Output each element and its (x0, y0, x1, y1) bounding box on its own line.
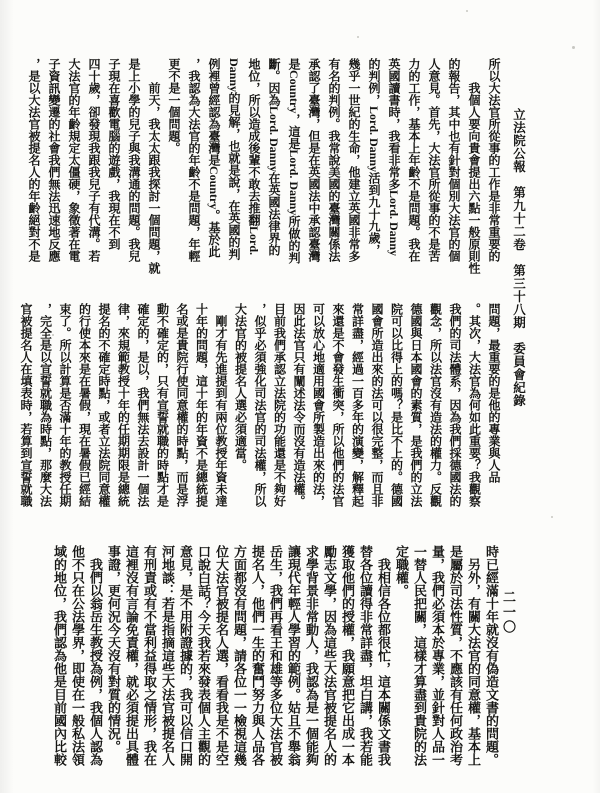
text-column: 常詳盡，經過一百多年的演變，解釋起 (352, 303, 364, 507)
text-column: 提名人，他們一生的奮鬥努力與人品各 (251, 545, 264, 766)
text-column: 律，來規範教授十年的任期期限是總統 (118, 303, 130, 507)
text-column: 的行使本來是在暑假，現在暑假已經結 (79, 303, 91, 507)
text-column: 一替人民把關，這樣才算盡到貴院的法 (413, 545, 426, 766)
text-column: 名或是貴院行使同意權的時點，而是浮 (176, 303, 188, 507)
text-column: 確定的，是以，我們無法去設計一個法 (137, 303, 149, 507)
text-column: 河地談：若是指摘這些大法官被提名人 (161, 545, 174, 766)
running-head: 立法院公報 第九十二卷 第三十八期 委員會紀錄 (512, 108, 525, 407)
text-column: 有名的判例。我常說美國的臺灣關係法 (328, 58, 340, 262)
text-column: 更不是一個問題。 (168, 58, 180, 154)
scan-speck (357, 36, 359, 38)
text-column: 替各位讀得非常詳盡，坦白講，我若能 (359, 545, 372, 766)
scan-speck (466, 10, 468, 12)
text-column: 時已經滿十年就沒有偽造文書的問題。 (485, 545, 498, 766)
text-column: 提名的不確定時點，或者立法院同意權 (98, 303, 110, 507)
text-column: 的報告，其中也有針對個別大法官的個 (448, 58, 460, 262)
text-column: 的判例，Lord. Danny活到九十九歲， (368, 58, 380, 256)
text-band-top: 所以大法官所從事的工作是非常重要的 我個人要向貴會提出六點一般原則性的報告，其中… (28, 58, 500, 270)
text-column: 英國讀書時，我看非常多Lord. Danny (388, 58, 400, 256)
text-column: 岳生，我們再看王和雄等多位大法官被 (269, 545, 282, 766)
text-column: 量，我們必須本於專業，並針對人品一 (431, 545, 444, 766)
text-column: 人意見。首先，大法官所從事的不是苦 (428, 58, 440, 262)
text-column: 我個人要向貴會提出六點一般原則性 (468, 58, 480, 274)
text-column: 所以大法官所從事的工作是非常重要的 (488, 58, 500, 262)
text-column: 德國與日本國會的素質，是我們的立法 (410, 303, 422, 507)
text-column: 是Country，這是Lord. Danny所做的判 (288, 58, 300, 263)
scan-speck (572, 46, 575, 49)
text-column: 域的地位，我們認為他是目前國內比較 (53, 545, 66, 766)
text-column: 是屬於司法性質，不應該有任何政治考 (449, 545, 462, 766)
scan-speck (52, 334, 54, 336)
text-column: 事證，更何況今天沒有對質的情況。 (107, 545, 120, 753)
text-column: 例裡曾經認為臺灣是Country。基於此 (208, 58, 220, 257)
page-number: 二一〇 (502, 590, 515, 635)
text-column: 我們的司法體系，因為我們採德國法的 (449, 303, 461, 507)
text-column: 意見，是不用附證據的，我可以信口開 (179, 545, 192, 766)
text-band-bottom: 時已經滿十年就沒有偽造文書的問題。 另外，有關大法官的同意權，基本上是屬於司法性… (53, 545, 498, 783)
text-column: 。其次，大法官為何如此重要？我觀察 (469, 303, 481, 507)
text-column: 觀念，所以法官沒有造法的權力。反觀 (430, 303, 442, 507)
text-column: 是上小學的兒子與我溝通的問題。我兒 (128, 58, 140, 262)
text-column: 勵志文學，因為這些大法官被提名人的 (323, 545, 336, 766)
gazette-page: 立法院公報 第九十二卷 第三十八期 委員會紀錄 二一〇 所以大法官所從事的工作是… (0, 0, 600, 793)
text-column: 方面都沒有問題，請各位一一檢視這幾 (233, 545, 246, 766)
text-column: ，是以大法官被提名人的年齡絕對不是 (28, 58, 40, 262)
text-column: 官被提名人在填表時，若算到宣誓就職 (20, 303, 32, 507)
text-column: 我們以翁岳生教授為例，我個人認為 (89, 545, 102, 766)
text-column: 讓現代年輕人學習的範例。姑且不舉翁 (287, 545, 300, 766)
text-column: 幾乎一世紀的生命，他建立英國非常多 (348, 58, 360, 262)
text-column: 求學背景非常動人，我認為是一個能夠 (305, 545, 318, 766)
text-column: 大法官的被提名人選必須適當。 (235, 303, 247, 471)
text-column: 來還是不會發生衝突，所以他們的法官 (332, 303, 344, 507)
text-column: 剛才有先進提到有兩位教授年資未達 (215, 303, 227, 507)
text-column: 承認了臺灣，但是在英國法中承認臺灣 (308, 58, 320, 262)
text-column: 動不確定的，只有宣誓就職的時點才是 (157, 303, 169, 507)
text-column: 這裡沒有言論免責權，就必須提出具體 (125, 545, 138, 766)
text-column: 子資訊變遷的社會我們無法迅速地反應 (48, 58, 60, 262)
text-column: 口說白話？今天我若來發表個人主觀的 (197, 545, 210, 766)
text-column: 大法官的年齡規定太僵硬，象徵著在電 (68, 58, 80, 262)
text-column: 力的工作，基本上年齡不是問題。我在 (408, 58, 420, 262)
text-column: ，我認為大法官的年齡不是問題，年輕 (188, 58, 200, 262)
text-column: 束了。所以計算是否滿十年的教授任期 (59, 303, 71, 507)
text-column: 可以放心地適用國會所製造出來的法， (313, 303, 325, 507)
text-column: 地位，所以造成後輩不敢去推翻Lord. (248, 58, 260, 255)
text-column: 目前我們承認立法院的功能還是不夠好 (274, 303, 286, 507)
text-column: 院可以比得上的嗎？是比不上的。德國 (391, 303, 403, 507)
text-column: 斷。因為Lord. Danny在英國法律界的 (268, 58, 280, 256)
text-column: Danny的見解，也就是說，在英國的判 (228, 58, 240, 260)
text-column: ，完全是以宣誓就職為時點，那麼大法 (40, 303, 52, 507)
text-column: 四十歲，卻發現我跟我兒子有代溝。若 (88, 58, 100, 262)
text-column: 前天，我太太跟我探討一個問題，就 (148, 58, 160, 274)
scan-speck (551, 516, 553, 518)
text-column: 國會所造出來的法可以很完整，而且非 (371, 303, 383, 507)
text-column: 他不只在公法學界，即使在一般私法領 (71, 545, 84, 766)
text-column: ，似乎必須強化司法官的司法權，所以 (254, 303, 266, 507)
text-column: 位大法官被提名人選，看看我是不是空 (215, 545, 228, 766)
text-column: 另外，有關大法官的同意權，基本上 (467, 545, 480, 766)
text-column: 定職權。 (395, 545, 408, 597)
text-column: 子現在喜歡電腦的遊戲，我現在不到 (108, 58, 120, 250)
text-column: 因此法官只有闡述法令而沒有造法權。 (293, 303, 305, 507)
text-column: 十年的問題，這十年的年資不是總統提 (196, 303, 208, 507)
text-column: 獲取他們的授權，我願意把它出成一本 (341, 545, 354, 766)
text-column: 問題，最重要的是他的專業與人品 (488, 303, 500, 483)
text-column: 有刑責或有不當利益得取之情形，我在 (143, 545, 156, 766)
text-column: 我相信各位都很忙，這本關係文書我 (377, 545, 390, 766)
text-band-middle: 問題，最重要的是他的專業與人品。其次，大法官為何如此重要？我觀察我們的司法體系，… (20, 303, 500, 509)
